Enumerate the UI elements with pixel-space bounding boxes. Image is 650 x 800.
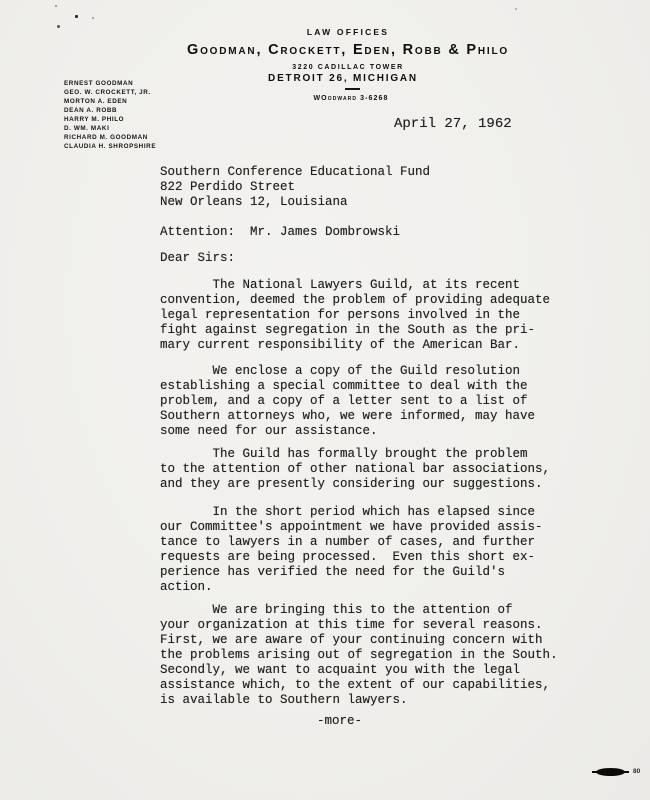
attorney-name: CLAUDIA H. SHROPSHIRE	[64, 142, 156, 151]
more-indicator: -more-	[317, 714, 362, 729]
salutation: Dear Sirs:	[160, 251, 235, 266]
firm-street-address: 3220 CADILLAC TOWER	[292, 64, 404, 71]
letter-paragraph: In the short period which has elapsed si…	[160, 505, 543, 595]
frame-number: 80	[633, 768, 640, 775]
letter-paragraph: The Guild has formally brought the probl…	[160, 447, 550, 492]
firm-name: Goodman, Crockett, Eden, Robb & Philo	[187, 42, 509, 58]
letter-date: April 27, 1962	[394, 117, 512, 132]
firm-city-line: DETROIT 26, MICHIGAN	[268, 73, 418, 84]
scan-speck	[55, 5, 57, 7]
attention-line: Attention: Mr. James Dombrowski	[160, 225, 400, 240]
attorney-name: RICHARD M. GOODMAN	[64, 133, 156, 142]
firm-phone: WOodward 3-6268	[313, 95, 388, 102]
scan-speck	[92, 17, 94, 19]
attorney-name: DEAN A. ROBB	[64, 106, 156, 115]
attorney-name: D. WM. MAKI	[64, 124, 156, 133]
film-marker-icon	[596, 768, 625, 776]
letter-paragraph: The National Lawyers Guild, at its recen…	[160, 278, 550, 353]
law-offices-label: LAW OFFICES	[307, 27, 389, 37]
attorney-name: ERNEST GOODMAN	[64, 79, 156, 88]
letter-paragraph: We enclose a copy of the Guild resolutio…	[160, 364, 535, 439]
scan-speck	[57, 25, 60, 28]
scanned-letter-page: LAW OFFICES Goodman, Crockett, Eden, Rob…	[0, 0, 650, 800]
letter-paragraph: We are bringing this to the attention of…	[160, 603, 558, 708]
city-underline-mark	[345, 88, 360, 90]
attorney-name: HARRY M. PHILO	[64, 115, 156, 124]
attorney-list: ERNEST GOODMAN GEO. W. CROCKETT, JR. MOR…	[64, 79, 156, 151]
scan-speck	[515, 8, 517, 10]
scan-speck	[75, 15, 78, 18]
attorney-name: MORTON A. EDEN	[64, 97, 156, 106]
recipient-address: Southern Conference Educational Fund 822…	[160, 165, 430, 210]
attorney-name: GEO. W. CROCKETT, JR.	[64, 88, 156, 97]
